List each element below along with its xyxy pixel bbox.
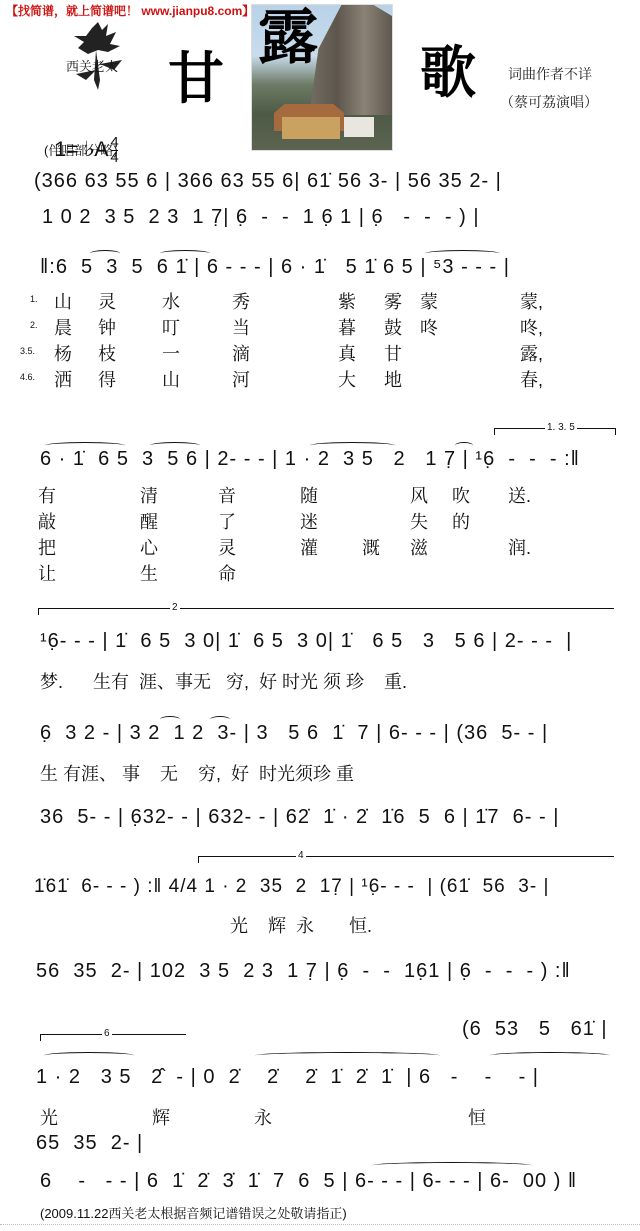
notation-row-1: (366 63 55 6 | 366 63 55 6| 61̇ 56 3- | … xyxy=(34,170,502,193)
lyric-char: 命 xyxy=(218,560,236,586)
lyric-char: 灵 xyxy=(98,288,116,314)
notation-row-3: ‖:6 5 3 5 6 1̇ | 6 - - - | 6 · 1̇ 5 1̇ 6… xyxy=(40,256,510,279)
verse-number: 2. xyxy=(30,320,38,330)
notation-intro-row-10: (6 53 5 61̇ | xyxy=(462,1018,608,1041)
title-photo: 露 xyxy=(251,4,393,151)
lyric-char: 吹 xyxy=(452,482,470,508)
verse-number: 1. xyxy=(30,294,38,304)
title-char-ge: 歌 xyxy=(420,46,476,102)
lyrics-row-5: 梦. 生有 涯、事无 穷, 好 时光 须 珍 重. xyxy=(40,668,407,694)
lyric-char: 枝 xyxy=(98,340,116,366)
lyric-char: 生 xyxy=(140,560,158,586)
notation-row-10: 1 · 2 3 5 2̂ - | 0 2̇ 2̇ 2̇ 1̇ 2̇ 1̇ | 6… xyxy=(36,1066,539,1089)
lyric-guang: 光 xyxy=(40,1104,58,1130)
volta-label-6: 6 xyxy=(102,1028,112,1039)
lyric-char: 醒 xyxy=(140,508,158,534)
lyric-char: 随 xyxy=(300,482,318,508)
lyric-char: 清 xyxy=(140,482,158,508)
lyrics-row-8: 光 辉 永 恒. xyxy=(230,912,372,938)
lyric-char: 一 xyxy=(162,340,180,366)
verse-number: 4.6. xyxy=(20,372,35,382)
accompaniment-omitted-note: (伴唱部分略) xyxy=(44,140,118,159)
lyric-char: 滴 xyxy=(232,340,250,366)
lyric-char: 滋 xyxy=(410,534,428,560)
lyric-char: 河 xyxy=(232,366,250,392)
lyric-char: 得 xyxy=(98,366,116,392)
slur xyxy=(425,250,500,257)
lyric-char: 叮 xyxy=(162,314,180,340)
lyric-char: 迷 xyxy=(300,508,318,534)
volta-bracket-6 xyxy=(40,1034,186,1041)
lyric-char: 把 xyxy=(38,534,56,560)
slur xyxy=(45,442,125,449)
lyric-char: 洒 xyxy=(54,366,72,392)
lyric-char: 当 xyxy=(232,314,250,340)
volta-label-2: 2 xyxy=(170,602,180,613)
lyric-char: 咚, xyxy=(520,314,543,340)
lyric-char: 春, xyxy=(520,366,543,392)
lyric-char: 杨 xyxy=(54,340,72,366)
credits-performer: （蔡可荔演唱） xyxy=(500,92,598,112)
notation-row-2: 1 0 2 3 5 2 3 1 7̣| 6̣ - - 1 6̣ 1 | 6̣ -… xyxy=(42,206,480,229)
slur xyxy=(160,250,210,257)
notation-row-9: 56 35 2- | 102 3 5 2 3 1 7̣ | 6̣ - - 16̣… xyxy=(36,960,571,983)
volta-label-135: 1. 3. 5 xyxy=(545,422,577,433)
lyric-char: 山 xyxy=(162,366,180,392)
author-stamp: 西关老太 xyxy=(66,56,118,75)
transcription-note: (2009.11.22西关老太根据音频记谱错误之处敬请指正) xyxy=(40,1203,347,1222)
title-char-lu: 露 xyxy=(258,7,318,69)
lyric-heng: 恒 xyxy=(468,1104,486,1130)
site-banner[interactable]: 【找简谱，就上简谱吧！ www.jianpu8.com】 xyxy=(6,2,254,19)
title-char-gan: 甘 xyxy=(168,52,224,108)
lyric-char: 钟 xyxy=(98,314,116,340)
lyric-char: 大 xyxy=(338,366,356,392)
lyric-char: 山 xyxy=(54,288,72,314)
lyric-char: 真 xyxy=(338,340,356,366)
credits-composer: 词曲作者不详 xyxy=(508,64,592,84)
volta-label-4: 4 xyxy=(296,850,306,861)
slur xyxy=(44,1052,134,1059)
slur xyxy=(160,716,180,723)
lyric-char: 音 xyxy=(218,482,236,508)
slur xyxy=(310,442,395,449)
lyric-char: 鼓 xyxy=(384,314,402,340)
lyric-char: 秀 xyxy=(232,288,250,314)
lyric-char: 敲 xyxy=(38,508,56,534)
slur xyxy=(255,1052,440,1059)
notation-row-8: 1̇61̇ 6- - - ) :‖ 4/4 1 · 2 35 2 17̣ | ¹… xyxy=(34,876,549,898)
lyric-char: 蒙 xyxy=(420,288,438,314)
volta-bracket-4 xyxy=(198,856,614,863)
slur xyxy=(150,442,200,449)
notation-row-7: 36 5- - | 6̣32- - | 632- - | 62̇ 1̇ · 2̇… xyxy=(40,806,559,829)
lyric-char: 了 xyxy=(218,508,236,534)
white-house xyxy=(344,117,374,137)
verse-number: 3.5. xyxy=(20,346,35,356)
lyric-char: 风 xyxy=(410,482,428,508)
lyric-char: 的 xyxy=(452,508,470,534)
lyric-char: 让 xyxy=(38,560,56,586)
lyric-char: 灵 xyxy=(218,534,236,560)
lyric-char: 溉 xyxy=(362,534,380,560)
slur xyxy=(210,716,230,723)
lyric-char: 地 xyxy=(384,366,402,392)
lyric-char: 蒙, xyxy=(520,288,543,314)
lyric-char: 雾 xyxy=(384,288,402,314)
bottom-divider xyxy=(0,1224,640,1225)
slur xyxy=(455,442,473,449)
lyric-char: 心 xyxy=(140,534,158,560)
lyric-char: 润. xyxy=(508,534,531,560)
lyrics-row-6: 生 有涯、 事 无 穷, 好 时光须珍 重 xyxy=(40,760,354,786)
lyric-char: 晨 xyxy=(54,314,72,340)
notation-row-11a: 65 35 2- | xyxy=(36,1132,143,1155)
lyric-char: 送. xyxy=(508,482,531,508)
lyric-char: 咚 xyxy=(420,314,438,340)
slur xyxy=(90,250,120,257)
lyric-char: 暮 xyxy=(338,314,356,340)
lyric-char: 灌 xyxy=(300,534,318,560)
slur xyxy=(490,1052,610,1059)
notation-row-6: 6̣ 3 2 - | 3 2 1 2 3- | 3 5 6 1̇ 7 | 6- … xyxy=(40,722,548,745)
lyric-char: 失 xyxy=(410,508,428,534)
lyric-char: 露, xyxy=(520,340,543,366)
temple-hall xyxy=(282,117,340,139)
lyric-char: 紫 xyxy=(338,288,356,314)
volta-bracket-2 xyxy=(38,608,614,615)
lyric-char: 甘 xyxy=(384,340,402,366)
notation-row-11: 6 - - - | 6 1̇ 2̇ 3̇ 1̇ 7 6 5 | 6- - - |… xyxy=(40,1170,577,1193)
lyric-hui: 辉 xyxy=(152,1104,170,1130)
lyric-char: 有 xyxy=(38,482,56,508)
lyric-yong: 永 xyxy=(254,1104,272,1130)
lyric-char: 水 xyxy=(162,288,180,314)
slur xyxy=(372,1162,532,1169)
notation-row-4: 6 · 1̇ 6 5 3 5 6 | 2- - - | 1 · 2 3 5 2 … xyxy=(40,448,580,471)
notation-row-5: ¹6̣- - - | 1̇ 6 5 3 0| 1̇ 6 5 3 0| 1̇ 6 … xyxy=(40,630,572,653)
